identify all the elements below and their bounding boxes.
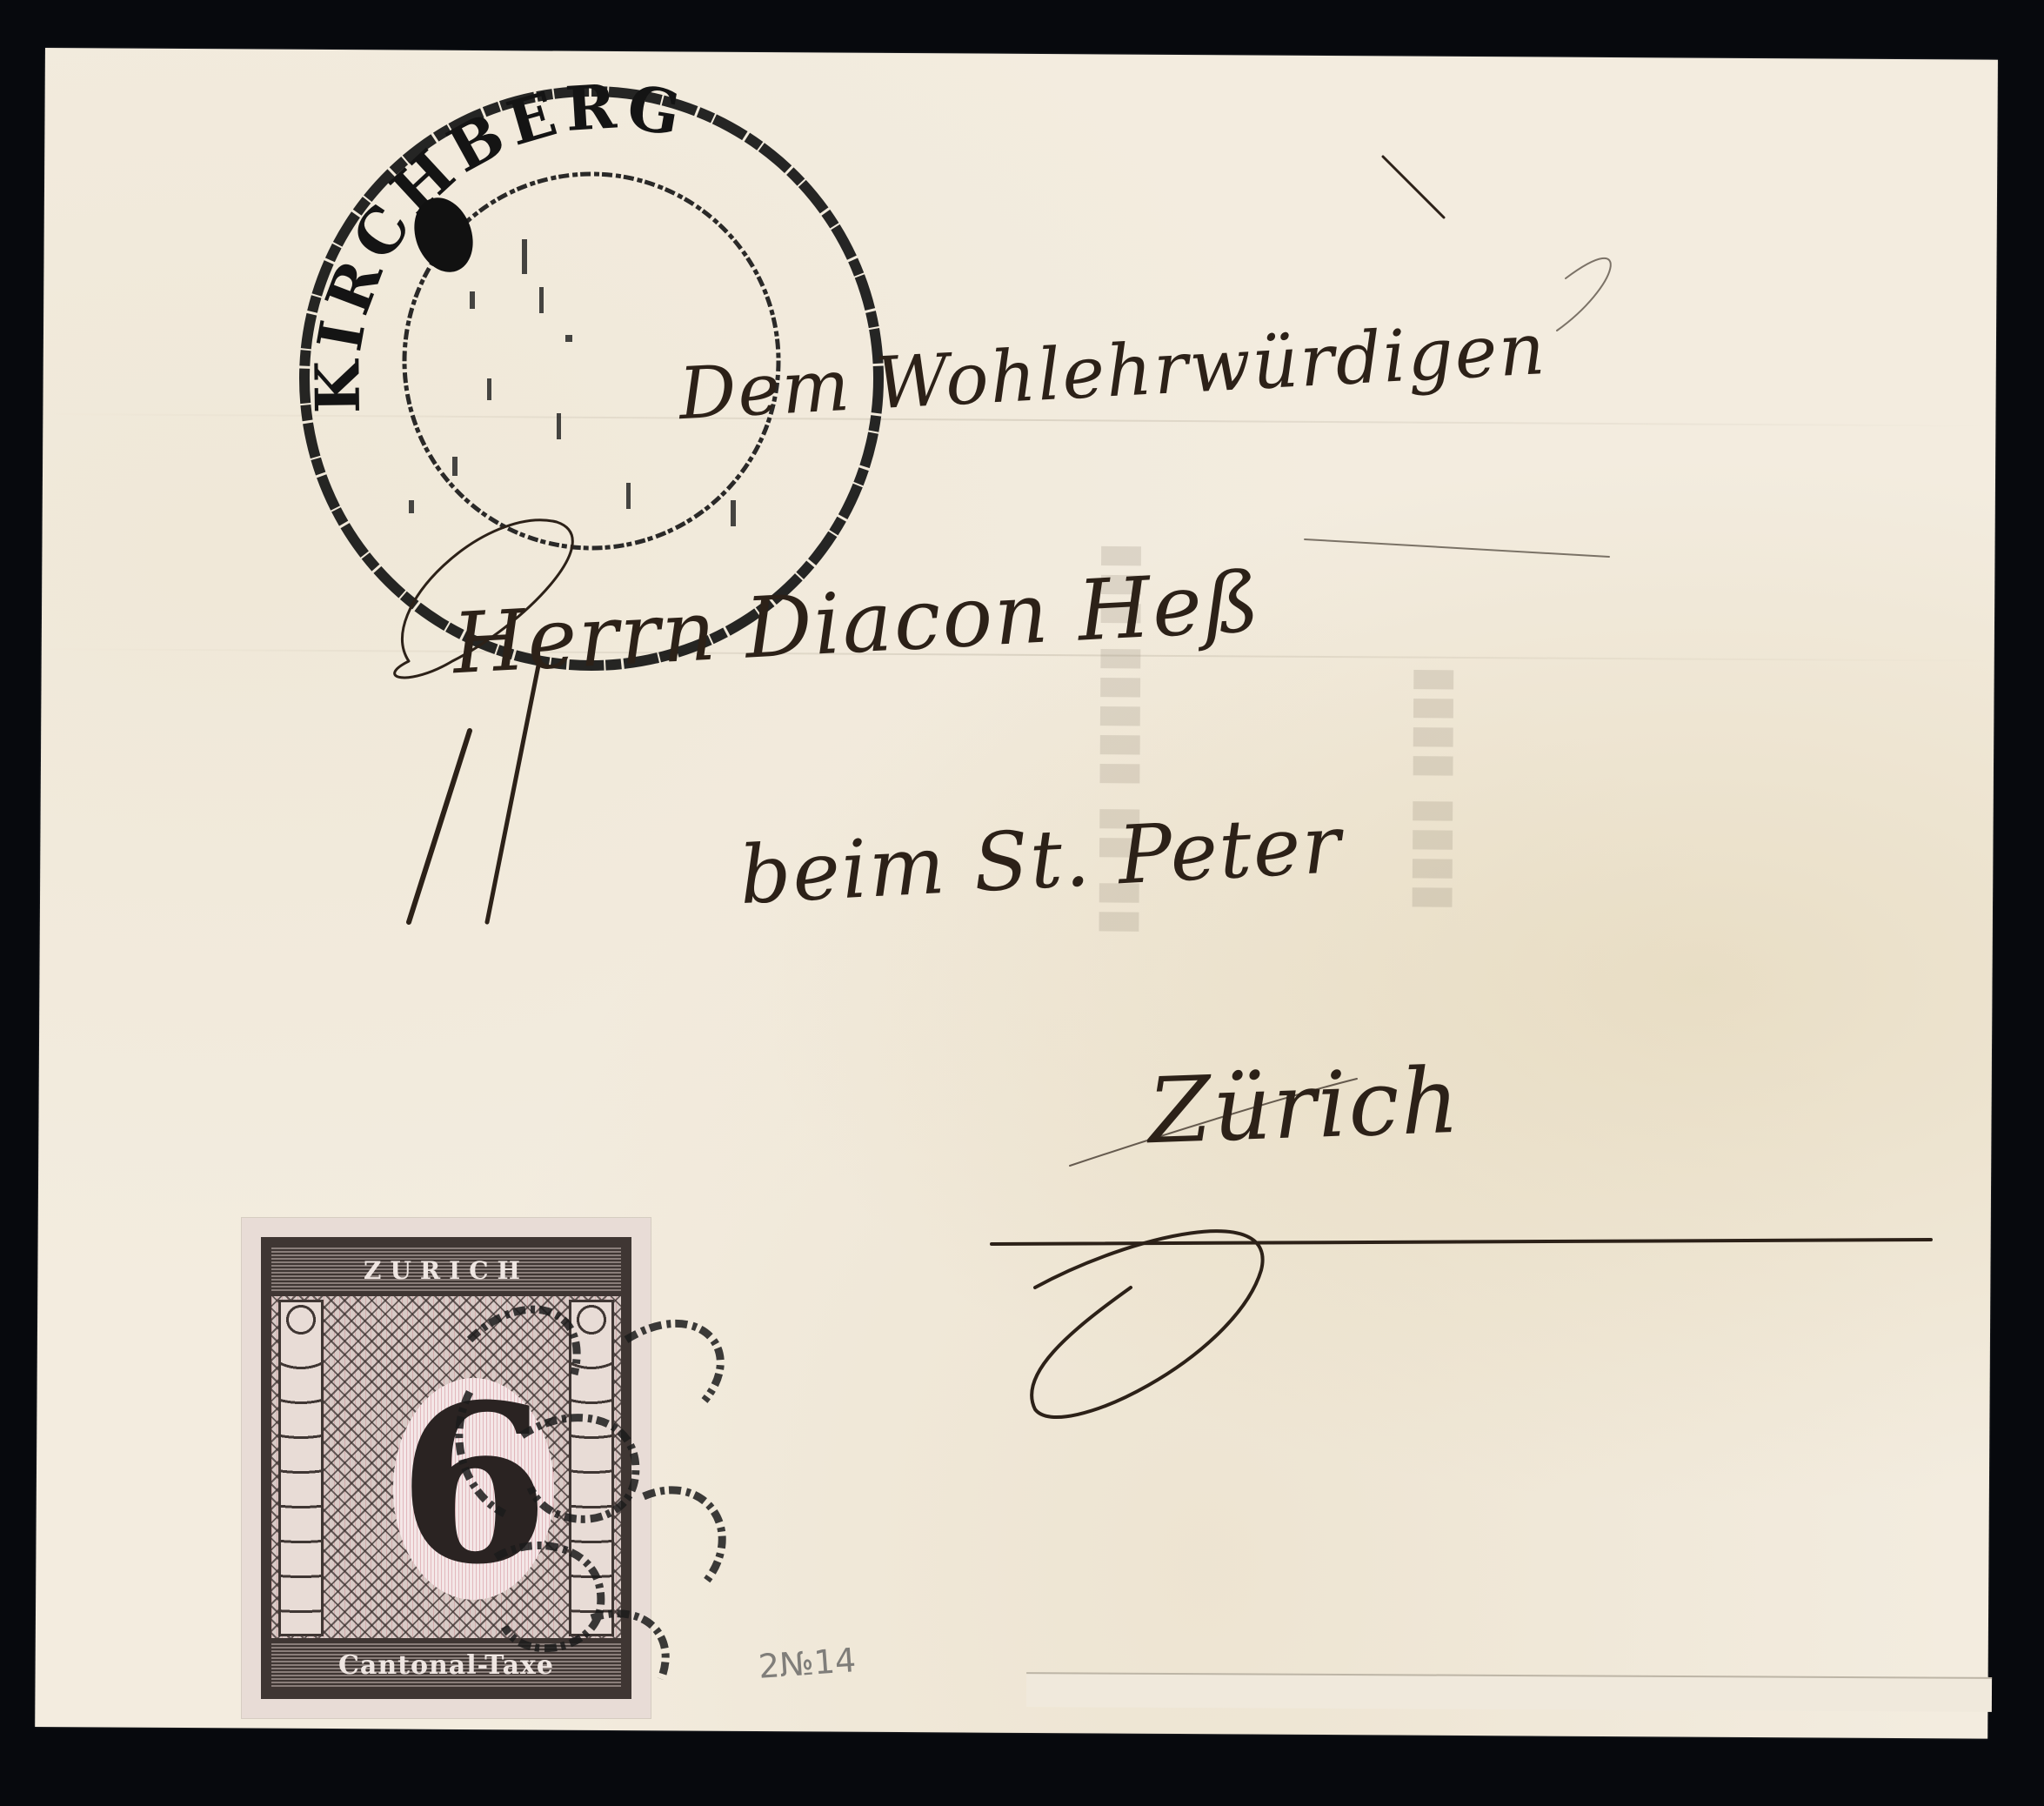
- stamp-side-ornament: [278, 1300, 324, 1636]
- address-line-4-city: Zürich: [1146, 1047, 1462, 1164]
- pencil-notation: 2№14: [758, 1641, 858, 1686]
- rosette-cancel: [417, 1270, 800, 1688]
